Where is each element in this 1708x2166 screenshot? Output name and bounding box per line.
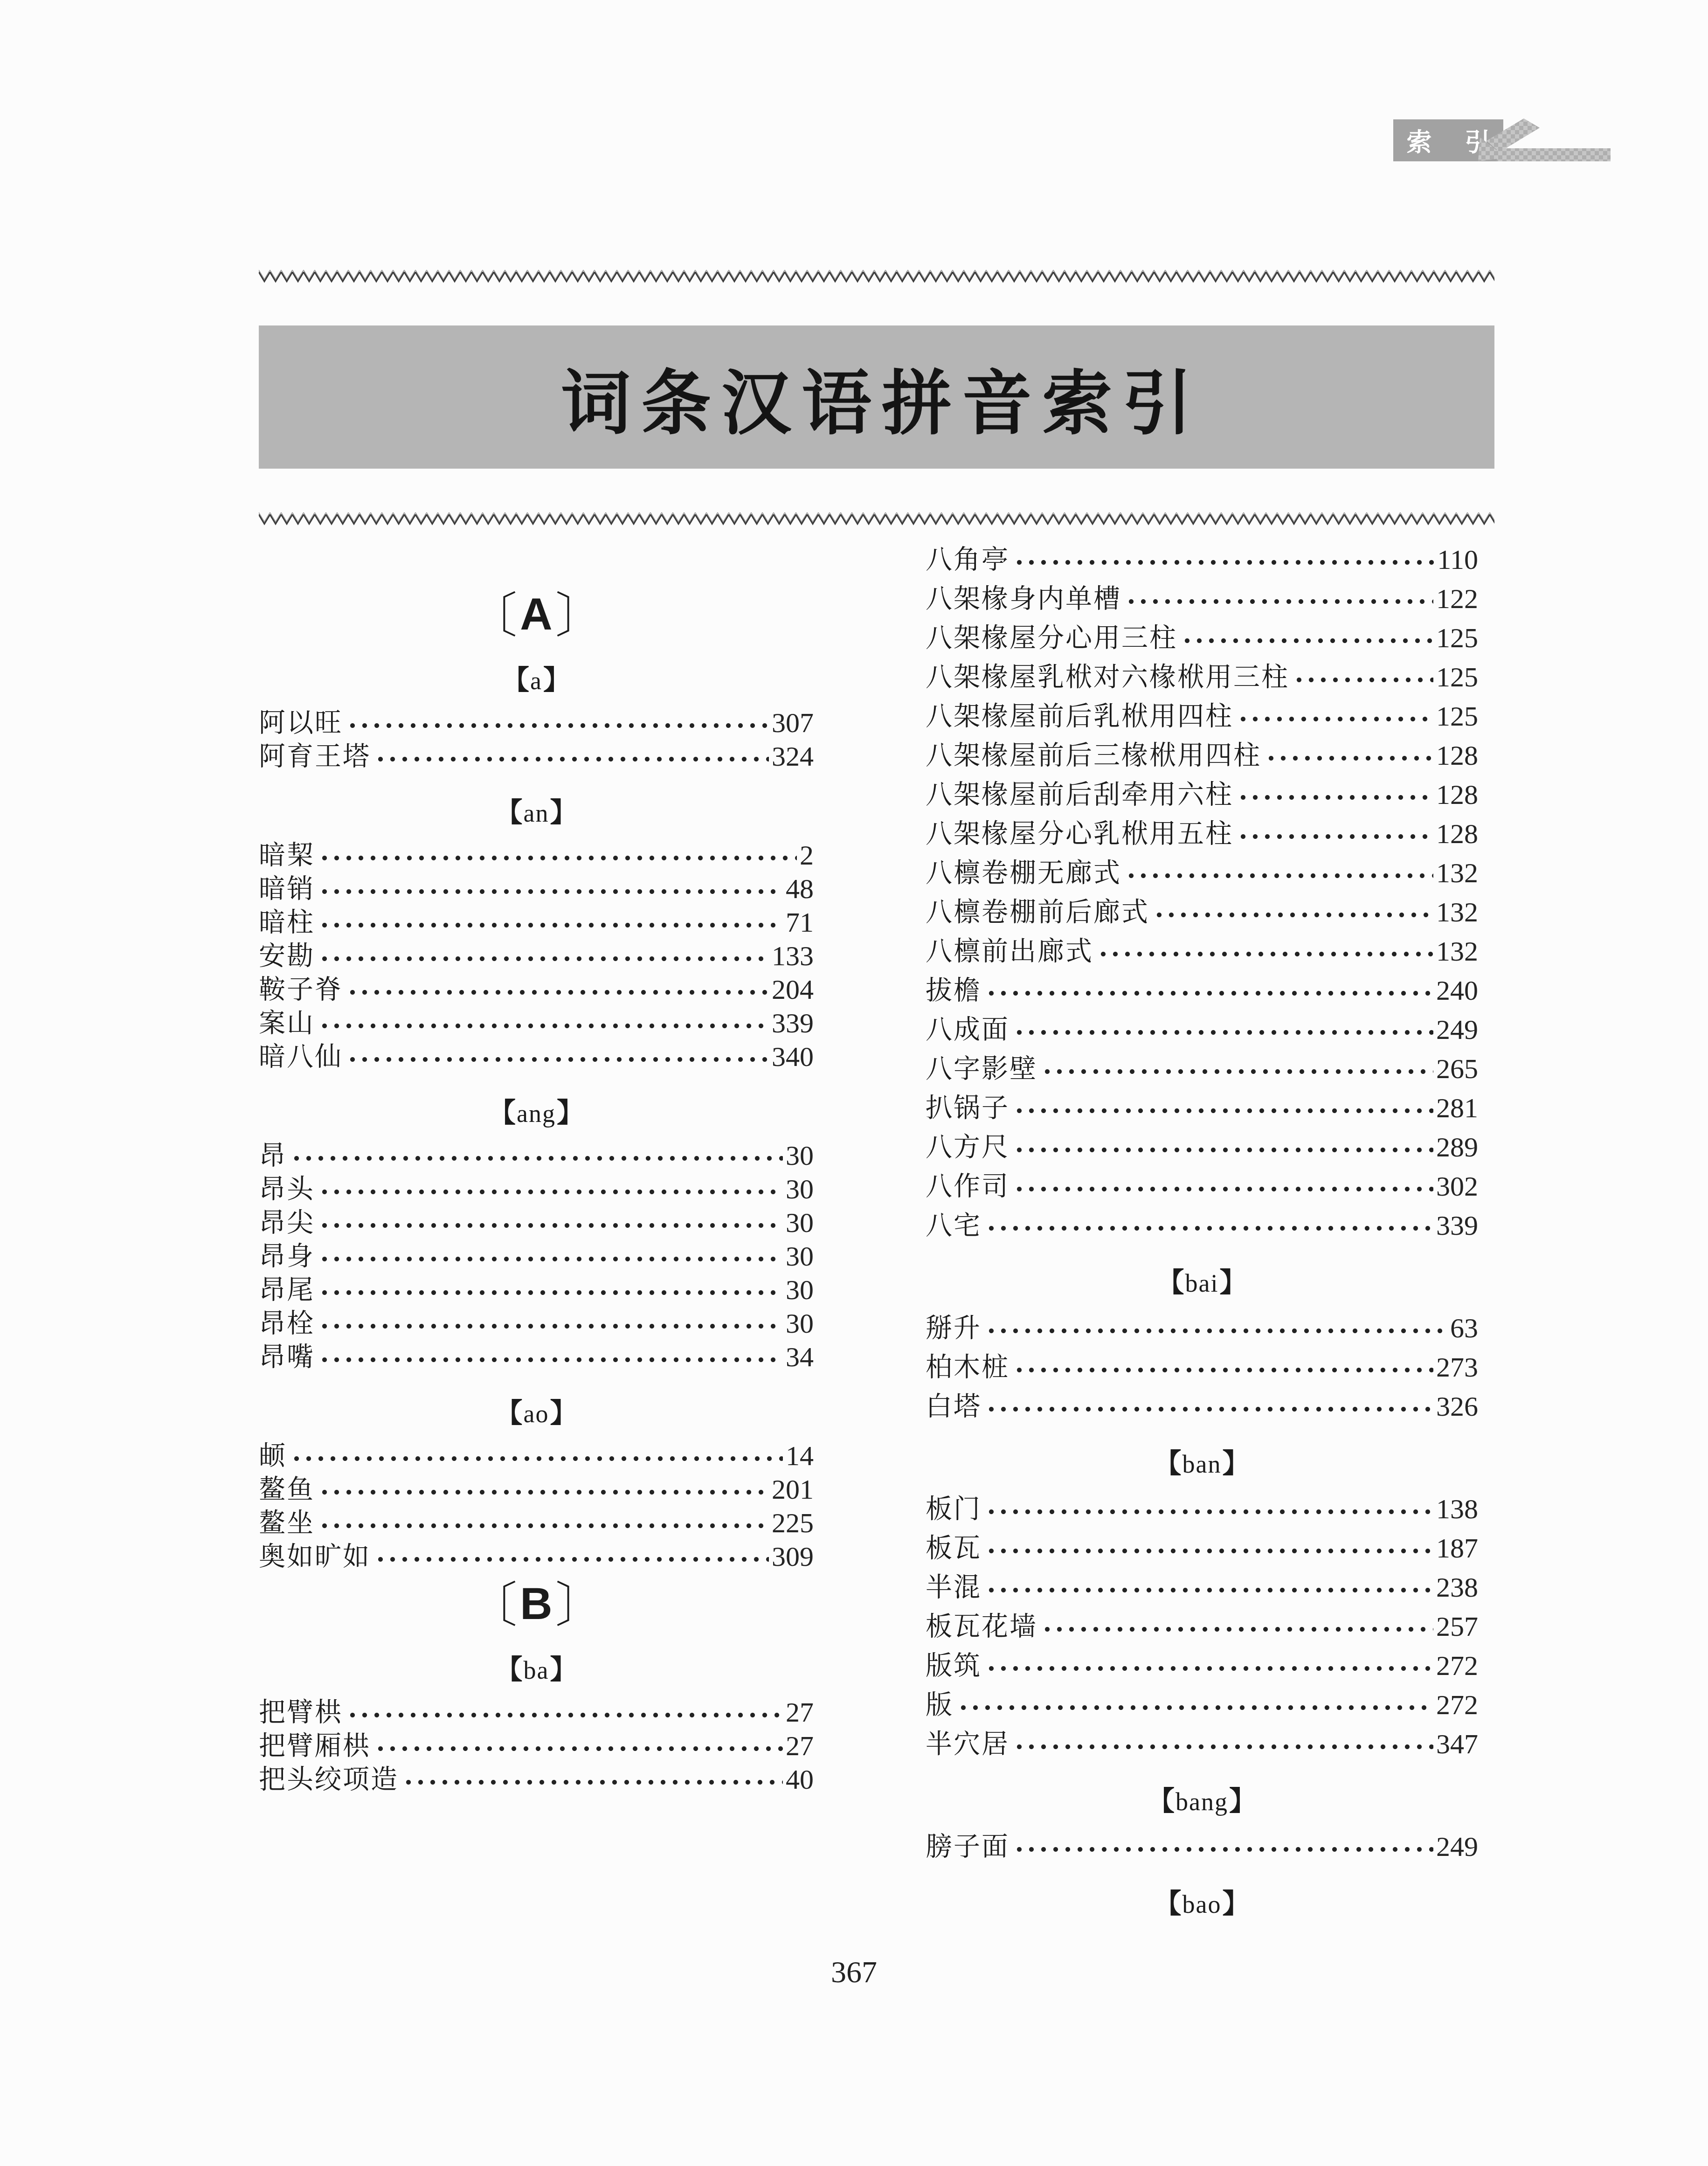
entry-term: 阿育王塔: [259, 743, 371, 770]
dot-leader: [290, 1154, 783, 1163]
pinyin-subheading: 【a】: [259, 667, 814, 694]
dot-leader: [318, 854, 797, 862]
entry-term: 八成面: [926, 1017, 1010, 1043]
entry-term: 阿以旺: [259, 710, 343, 736]
entry-page-number: 128: [1436, 820, 1478, 848]
entry-term: 半混: [926, 1574, 982, 1601]
entry-term: 八檩卷棚无廊式: [926, 860, 1121, 886]
index-entry: 昂尾 30: [259, 1273, 814, 1307]
dot-leader: [318, 1221, 783, 1230]
entry-page-number: 27: [786, 1732, 814, 1760]
dot-leader: [985, 1224, 1433, 1232]
index-entry: 八架椽屋前后乳栿用四柱 125: [926, 697, 1478, 736]
entry-term: 版筑: [926, 1653, 982, 1679]
entry-page-number: 309: [772, 1543, 814, 1571]
index-entry: 𬱖 14: [259, 1439, 814, 1473]
entry-term: 板门: [926, 1496, 982, 1522]
sub-open-bracket: 【: [1155, 1448, 1182, 1479]
entry-page-number: 63: [1450, 1314, 1478, 1342]
index-entry: 八架椽身内单槽 122: [926, 579, 1478, 618]
pinyin-label: bai: [1184, 1269, 1220, 1297]
entry-term: 案山: [259, 1010, 315, 1037]
entry-page-number: 125: [1436, 702, 1478, 730]
sub-open-bracket: 【: [496, 1398, 523, 1428]
entry-page-number: 132: [1436, 859, 1478, 887]
entry-page-number: 289: [1436, 1133, 1478, 1161]
sub-close-bracket: 】: [1229, 1786, 1256, 1816]
entry-page-number: 273: [1436, 1353, 1478, 1381]
pinyin-label: an: [523, 799, 550, 827]
index-entry: 暗柱 71: [259, 906, 814, 939]
pinyin-label: ba: [523, 1656, 550, 1684]
index-entry: 板门 138: [926, 1489, 1478, 1529]
dot-leader: [1237, 793, 1433, 802]
dot-leader: [985, 1405, 1433, 1413]
entry-page-number: 30: [786, 1175, 814, 1203]
dot-leader: [1153, 911, 1433, 919]
index-entry: 昂头 30: [259, 1172, 814, 1206]
dot-leader: [1013, 1743, 1433, 1751]
entry-page-number: 110: [1437, 546, 1478, 574]
index-entry: 八角亭 110: [926, 540, 1478, 579]
dot-leader: [318, 1255, 783, 1263]
index-entry: 八方尺 289: [926, 1128, 1478, 1167]
entry-page-number: 125: [1436, 663, 1478, 691]
entry-term: 八角亭: [926, 547, 1010, 573]
sub-open-bracket: 【: [1157, 1267, 1184, 1298]
dot-leader: [318, 1022, 769, 1030]
index-entry: 暗栔 2: [259, 838, 814, 872]
entry-page-number: 265: [1436, 1055, 1478, 1083]
index-entry: 半混 238: [926, 1568, 1478, 1607]
pinyin-label: ao: [523, 1400, 550, 1428]
entry-term: 白塔: [926, 1393, 982, 1420]
dot-leader: [1265, 754, 1433, 762]
dot-leader: [985, 1586, 1433, 1594]
pinyin-subheading: 【bang】: [926, 1788, 1478, 1815]
section-open-bracket: 〔: [469, 1579, 517, 1633]
dot-leader: [346, 988, 769, 996]
index-entry: 八字影壁 265: [926, 1049, 1478, 1088]
entry-page-number: 302: [1436, 1172, 1478, 1200]
entry-page-number: 326: [1436, 1392, 1478, 1420]
section-close-bracket: 〕: [555, 1579, 604, 1633]
sub-open-bracket: 【: [496, 797, 523, 828]
dot-leader: [985, 1508, 1433, 1516]
entry-page-number: 339: [772, 1009, 814, 1037]
entry-term: 八字影壁: [926, 1056, 1037, 1082]
index-entry: 八作司 302: [926, 1167, 1478, 1206]
index-entry: 柏木桩 273: [926, 1348, 1478, 1387]
dot-leader: [1041, 1625, 1433, 1633]
entry-term: 柏木桩: [926, 1354, 1010, 1381]
dot-leader: [1237, 832, 1433, 841]
dot-leader: [1013, 1028, 1433, 1037]
dot-leader: [1125, 597, 1433, 606]
index-entry: 安勘 133: [259, 939, 814, 973]
entry-page-number: 30: [786, 1142, 814, 1170]
entry-page-number: 2: [800, 841, 814, 869]
index-entry: 白塔 326: [926, 1387, 1478, 1426]
dot-leader: [1237, 715, 1433, 723]
entry-page-number: 71: [786, 908, 814, 936]
index-entry: 鞍子脊 204: [259, 973, 814, 1006]
entry-page-number: 122: [1436, 585, 1478, 613]
entry-term: 扒锅子: [926, 1095, 1010, 1121]
pinyin-subheading: 【bai】: [926, 1269, 1478, 1296]
index-entry: 昂栓 30: [259, 1307, 814, 1340]
index-entry: 阿以旺 307: [259, 706, 814, 740]
entry-term: 暗栔: [259, 842, 315, 869]
entry-term: 八架椽屋前后刮牵用六柱: [926, 782, 1233, 808]
sub-open-bracket: 【: [496, 1654, 523, 1685]
dot-leader: [374, 1555, 769, 1564]
index-entry: 昂尖 30: [259, 1206, 814, 1239]
index-entry: 膀子面 249: [926, 1827, 1478, 1866]
entry-term: 昂: [259, 1142, 287, 1169]
sub-close-bracket: 】: [550, 1398, 577, 1428]
entry-term: 版: [926, 1692, 954, 1718]
entry-term: 昂尖: [259, 1210, 315, 1236]
dot-leader: [1013, 1845, 1433, 1854]
entry-term: 把头绞项造: [259, 1766, 399, 1793]
sub-close-bracket: 】: [1222, 1448, 1249, 1479]
sub-close-bracket: 】: [550, 797, 577, 828]
sub-open-bracket: 【: [502, 665, 529, 695]
dot-leader: [985, 989, 1433, 997]
entry-page-number: 27: [786, 1698, 814, 1726]
pinyin-label: bao: [1182, 1890, 1223, 1918]
entry-page-number: 30: [786, 1309, 814, 1337]
index-entry: 八檩前出廊式 132: [926, 932, 1478, 971]
dot-leader: [1013, 1107, 1433, 1115]
entry-term: 鞍子脊: [259, 976, 343, 1003]
pinyin-label: bang: [1175, 1788, 1229, 1816]
entry-page-number: 347: [1436, 1730, 1478, 1758]
dot-leader: [985, 1664, 1433, 1673]
index-entry: 拔檐 240: [926, 971, 1478, 1010]
index-entry: 八檩卷棚前后廊式 132: [926, 893, 1478, 932]
entry-page-number: 30: [786, 1242, 814, 1270]
entry-page-number: 249: [1436, 1833, 1478, 1861]
dot-leader: [1181, 637, 1433, 645]
index-entry: 八成面 249: [926, 1010, 1478, 1049]
entry-term: 昂尾: [259, 1277, 315, 1303]
entry-term: 八檩卷棚前后廊式: [926, 899, 1149, 926]
sub-open-bracket: 【: [1155, 1889, 1182, 1919]
entry-page-number: 204: [772, 976, 814, 1003]
index-entry: 把臂栱 27: [259, 1695, 814, 1729]
dot-leader: [374, 1744, 783, 1753]
folio-page-number: 367: [0, 1955, 1708, 1990]
index-entry: 八架椽屋前后三椽栿用四柱 128: [926, 736, 1478, 775]
sub-close-bracket: 】: [550, 1654, 577, 1685]
dot-leader: [1013, 1366, 1433, 1374]
index-entry: 奥如旷如 309: [259, 1540, 814, 1573]
entry-term: 昂身: [259, 1243, 315, 1270]
entry-term: 掰升: [926, 1315, 982, 1342]
zigzag-rule-top: [259, 270, 1494, 284]
dot-leader: [957, 1703, 1433, 1712]
sub-open-bracket: 【: [1148, 1786, 1175, 1816]
pinyin-label: a: [529, 667, 543, 695]
entry-term: 八檩前出廊式: [926, 938, 1093, 965]
entry-term: 八架椽屋前后三椽栿用四柱: [926, 742, 1261, 769]
index-entry: 八檩卷棚无廊式 132: [926, 853, 1478, 893]
entry-term: 拔檐: [926, 977, 982, 1004]
pinyin-subheading: 【ban】: [926, 1450, 1478, 1477]
entry-term: 奥如旷如: [259, 1543, 371, 1570]
entry-page-number: 324: [772, 742, 814, 770]
dot-leader: [402, 1778, 783, 1786]
entry-page-number: 30: [786, 1209, 814, 1237]
section-letter-heading: 〔B〕: [259, 1582, 814, 1630]
sub-close-bracket: 】: [543, 665, 570, 695]
index-entry: 昂身 30: [259, 1239, 814, 1273]
index-entry: 版筑 272: [926, 1646, 1478, 1685]
entry-page-number: 128: [1436, 741, 1478, 769]
sub-close-bracket: 】: [1219, 1267, 1246, 1298]
page-title: 词条汉语拼音索引: [551, 347, 1203, 448]
entry-page-number: 40: [786, 1765, 814, 1793]
dot-leader: [318, 1188, 783, 1196]
entry-term: 安勘: [259, 943, 315, 969]
entry-page-number: 187: [1436, 1534, 1478, 1562]
index-entry: 暗销 48: [259, 872, 814, 906]
entry-page-number: 249: [1436, 1016, 1478, 1044]
dot-leader: [374, 755, 769, 763]
dot-leader: [318, 1356, 783, 1364]
zigzag-rule-bottom: [259, 512, 1494, 526]
section-open-bracket: 〔: [469, 589, 517, 643]
entry-page-number: 238: [1436, 1573, 1478, 1601]
entry-page-number: 201: [772, 1475, 814, 1503]
entry-term: 把臂栱: [259, 1699, 343, 1726]
entry-page-number: 14: [786, 1442, 814, 1470]
dot-leader: [290, 1454, 783, 1463]
index-entry: 扒锅子 281: [926, 1088, 1478, 1128]
entry-term: 把臂厢栱: [259, 1733, 371, 1759]
dot-leader: [346, 1055, 769, 1064]
dot-leader: [318, 955, 769, 963]
index-entry: 八架椽屋前后刮牵用六柱 128: [926, 775, 1478, 814]
index-entry: 鳌坐 225: [259, 1506, 814, 1540]
entry-term: 八架椽屋前后乳栿用四柱: [926, 703, 1233, 730]
index-entry: 暗八仙 340: [259, 1040, 814, 1073]
index-entry: 昂 30: [259, 1139, 814, 1172]
entry-term: 八架椽屋分心用三柱: [926, 625, 1177, 651]
dot-leader: [1041, 1067, 1433, 1076]
entry-page-number: 340: [772, 1043, 814, 1071]
entry-term: 𬱖: [259, 1443, 287, 1469]
entry-page-number: 225: [772, 1509, 814, 1537]
index-entry: 掰升 63: [926, 1308, 1478, 1348]
entry-page-number: 48: [786, 875, 814, 903]
index-column-left: 〔A〕 【a】 阿以旺 307 阿育王塔 324 【an】 暗栔 2 暗销 48…: [259, 584, 814, 1796]
dot-leader: [318, 1488, 769, 1496]
index-entry: 把头绞项造 40: [259, 1763, 814, 1796]
entry-page-number: 132: [1436, 898, 1478, 926]
sub-open-bracket: 【: [489, 1098, 516, 1128]
entry-term: 板瓦花墙: [926, 1613, 1037, 1640]
entry-page-number: 138: [1436, 1495, 1478, 1523]
pinyin-label: ang: [516, 1100, 557, 1128]
entry-term: 八架椽屋乳栿对六椽栿用三柱: [926, 664, 1289, 691]
title-banner: 词条汉语拼音索引: [259, 325, 1494, 469]
index-entry: 八架椽屋乳栿对六椽栿用三柱 125: [926, 657, 1478, 697]
index-entry: 板瓦 187: [926, 1529, 1478, 1568]
dot-leader: [346, 721, 769, 730]
index-entry: 板瓦花墙 257: [926, 1607, 1478, 1646]
dot-leader: [346, 1711, 783, 1719]
entry-term: 八架椽屋分心乳栿用五柱: [926, 821, 1233, 847]
index-entry: 鳌鱼 201: [259, 1473, 814, 1506]
section-letter: B: [517, 1579, 555, 1629]
entry-page-number: 128: [1436, 781, 1478, 809]
index-entry: 半穴居 347: [926, 1724, 1478, 1764]
dot-leader: [318, 1322, 783, 1330]
index-entry: 昂嘴 34: [259, 1340, 814, 1374]
entry-page-number: 272: [1436, 1691, 1478, 1719]
pinyin-subheading: 【an】: [259, 799, 814, 826]
dot-leader: [1013, 558, 1434, 567]
index-entry: 八架椽屋分心用三柱 125: [926, 618, 1478, 657]
entry-term: 八宅: [926, 1212, 982, 1239]
entry-page-number: 307: [772, 709, 814, 737]
entry-page-number: 240: [1436, 976, 1478, 1004]
entry-term: 鳌坐: [259, 1510, 315, 1536]
index-entry: 阿育王塔 324: [259, 740, 814, 773]
entry-page-number: 34: [786, 1343, 814, 1371]
pinyin-label: ban: [1182, 1450, 1223, 1478]
dot-leader: [1125, 872, 1433, 880]
index-column-right: 八角亭 110 八架椽身内单槽 122 八架椽屋分心用三柱 125 八架椽屋乳栿…: [926, 540, 1478, 1930]
corner-arrow-icon: [1477, 118, 1612, 163]
section-close-bracket: 〕: [555, 589, 604, 643]
section-letter: A: [517, 589, 555, 639]
index-entry: 案山 339: [259, 1006, 814, 1040]
index-page: 索 引 词条汉语拼音索引 〔A〕 【a】 阿以旺: [0, 0, 1708, 2166]
entry-term: 昂嘴: [259, 1344, 315, 1370]
pinyin-subheading: 【bao】: [926, 1890, 1478, 1917]
entry-term: 八方尺: [926, 1134, 1010, 1161]
pinyin-subheading: 【ang】: [259, 1100, 814, 1127]
sub-close-bracket: 】: [1222, 1889, 1249, 1919]
index-entry: 把臂厢栱 27: [259, 1729, 814, 1763]
dot-leader: [985, 1327, 1447, 1335]
entry-term: 昂栓: [259, 1310, 315, 1337]
entry-page-number: 257: [1436, 1612, 1478, 1640]
entry-term: 八架椽身内单槽: [926, 586, 1121, 612]
dot-leader: [318, 921, 783, 929]
entry-term: 八作司: [926, 1173, 1010, 1200]
dot-leader: [1013, 1146, 1433, 1154]
pinyin-subheading: 【ao】: [259, 1400, 814, 1427]
entry-page-number: 272: [1436, 1652, 1478, 1680]
dot-leader: [318, 887, 783, 896]
entry-page-number: 339: [1436, 1211, 1478, 1239]
index-entry: 版 272: [926, 1685, 1478, 1724]
entry-page-number: 125: [1436, 624, 1478, 652]
dot-leader: [985, 1547, 1433, 1555]
entry-page-number: 30: [786, 1276, 814, 1304]
entry-page-number: 133: [772, 942, 814, 970]
dot-leader: [1013, 1185, 1433, 1193]
pinyin-subheading: 【ba】: [259, 1656, 814, 1683]
dot-leader: [1293, 676, 1433, 684]
dot-leader: [318, 1522, 769, 1530]
entry-page-number: 132: [1436, 937, 1478, 965]
dot-leader: [1097, 950, 1433, 958]
dot-leader: [318, 1288, 783, 1297]
entry-term: 半穴居: [926, 1731, 1010, 1758]
index-entry: 八宅 339: [926, 1206, 1478, 1245]
entry-term: 昂头: [259, 1176, 315, 1203]
section-letter-heading: 〔A〕: [259, 592, 814, 641]
entry-term: 暗柱: [259, 909, 315, 936]
entry-term: 膀子面: [926, 1834, 1010, 1860]
index-entry: 八架椽屋分心乳栿用五柱 128: [926, 814, 1478, 853]
entry-term: 鳌鱼: [259, 1476, 315, 1503]
entry-term: 板瓦: [926, 1535, 982, 1562]
entry-term: 暗销: [259, 876, 315, 902]
entry-term: 暗八仙: [259, 1044, 343, 1070]
entry-page-number: 281: [1436, 1094, 1478, 1122]
sub-close-bracket: 】: [557, 1098, 584, 1128]
